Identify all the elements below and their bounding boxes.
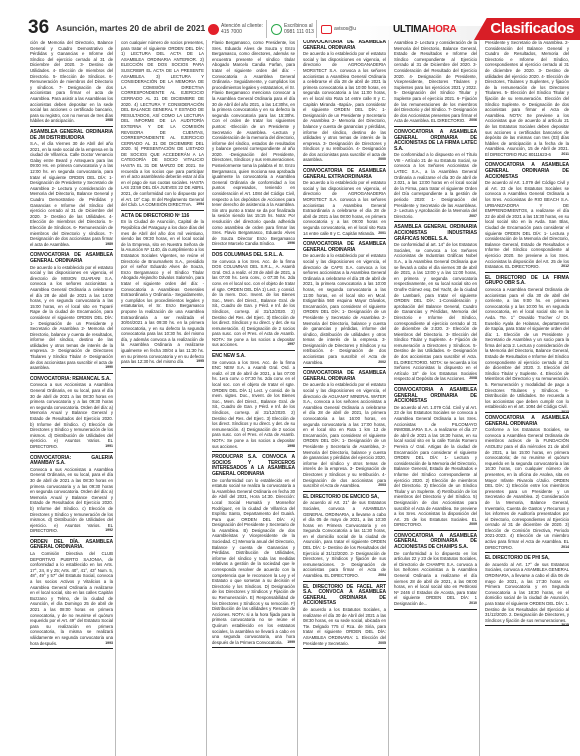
ad-title: CONVOCATORIA: GALERIA AMAMBAY S.A. bbox=[30, 456, 113, 467]
ad-title: PRODUCPAR S.A. CONVOCA A SOCIOS Y TERCER… bbox=[212, 455, 295, 477]
ad-id: 1997 bbox=[287, 342, 295, 348]
contact-value: 0981 111 013 bbox=[284, 29, 314, 35]
ad-body: La Comisión Directiva del CLUB DEPORTIVO… bbox=[30, 551, 113, 646]
ad-id: 1993 bbox=[105, 641, 113, 647]
ad-body: De acuerdo a lo establecido por el estat… bbox=[303, 180, 386, 235]
classified-ad: PRODUCPAR S.A. CONVOCA A SOCIOS Y TERCER… bbox=[212, 455, 295, 648]
ad-title: CONVOCATORIA DE ASAMBLEA GENERAL EXTRAOR… bbox=[303, 169, 386, 180]
ad-body: S.A., el día Viernes 30 de Abril del año… bbox=[30, 141, 113, 247]
ad-id: 2001 bbox=[378, 231, 386, 237]
classified-ad: CONVOCATORIA A ASAMBLEA GENERAL ORDINARI… bbox=[485, 416, 569, 553]
classified-ad: ORDEN DEL DÍA. ASAMBLEA GENERAL ORDINARI… bbox=[30, 540, 113, 649]
ad-body: Flavio Bergamasco, como Presidente, los … bbox=[212, 40, 295, 246]
phone-icon bbox=[208, 24, 219, 35]
logo-part-b: HORA bbox=[428, 24, 456, 35]
ad-body: Presidente y Secretario de la Asamblea. … bbox=[485, 40, 569, 157]
ad-id: 1994 bbox=[196, 202, 204, 208]
ad-body: de acuerdo al Art. 17° de sus Estatutos … bbox=[485, 562, 569, 623]
column-6: Presidente y Secretario de la Asamblea. … bbox=[485, 40, 571, 756]
classified-ad: Asamblea 2- Lectura y consideración de l… bbox=[394, 40, 477, 127]
ad-id: 2012 bbox=[561, 264, 569, 270]
whatsapp-contact: Escríbinos al0981 111 013 bbox=[266, 20, 314, 38]
ad-id: 2004 bbox=[378, 573, 386, 579]
ad-body: De acuerdo a lo establecido por el estat… bbox=[303, 382, 386, 488]
ad-id: 2015 bbox=[561, 623, 569, 629]
ad-body: Asamblea 2- Lectura y consideración de l… bbox=[394, 40, 477, 123]
classifieds-columns: ción de Memoria del Directorio, Balance … bbox=[30, 40, 580, 756]
ad-title: CONVOCATORIA A ASAMBLEA GENERAL ORDINARI… bbox=[394, 130, 477, 152]
ad-id: 2010 bbox=[469, 601, 477, 607]
logo-part-a: ULTIMA bbox=[393, 24, 428, 35]
classified-ad: CONVOCATORIA DE ASAMBLEA GENERAL ORDINAR… bbox=[30, 253, 113, 373]
ad-id: 1990 bbox=[105, 365, 113, 371]
ad-id: 2002 bbox=[378, 360, 386, 366]
ad-body: De acuerdo al Art. 1.079 Cód. Civil y al… bbox=[394, 405, 477, 527]
classified-ad: Flavio Bergamasco, como Presidente, los … bbox=[212, 40, 295, 250]
customer-service-contact: Atención al cliente:415 7000 bbox=[208, 20, 263, 38]
classified-ad: CONVOCATORIA A ASAMBLEA GENERAL ORDINARI… bbox=[394, 130, 477, 223]
ad-title: CONVOCATORIA DE ASAMBLEA GENERAL ORDINAR… bbox=[303, 371, 386, 382]
email-icon bbox=[321, 25, 332, 34]
column-3: Flavio Bergamasco, como Presidente, los … bbox=[212, 40, 298, 756]
ad-title: CONVOCATORIA A ASAMBLEA GENERAL ORDINARI… bbox=[394, 388, 477, 405]
ad-body: De conformidad a lo dispuesto en los art… bbox=[394, 551, 477, 606]
ad-body: De acuerdo al Art. 1.079 del Código Civi… bbox=[485, 180, 569, 269]
classified-ad: CONVOCATORIA: GALERIA AMAMBAY S.A.Convoc… bbox=[30, 456, 113, 537]
classified-ad: El Directorio de Facel Art S.A. convoca … bbox=[303, 585, 386, 650]
ad-body: de acuerdo al Art. 21° de sus Estatutos … bbox=[303, 500, 386, 578]
ad-title: CONVOCATORIA A ASAMBLEA GENERAL ORDINARI… bbox=[485, 416, 569, 427]
ad-id: 2007 bbox=[469, 214, 477, 220]
classified-ad: ENC NEW S.A.Se convoca a los Sres. Acc. … bbox=[212, 354, 295, 452]
ad-id: 2014 bbox=[561, 545, 569, 551]
page-number: 36 bbox=[28, 17, 49, 39]
classified-ad: CONVOCATORIA DE ASAMBLEA GENERAL ORDINAR… bbox=[303, 242, 386, 368]
ad-body: Se convoca a los Sres. Acc. de la firma … bbox=[212, 360, 295, 449]
classified-ad: CONVOCATORIA DE ASAMBLEA GENERAL ORDINAR… bbox=[303, 40, 386, 166]
classified-ad: ACTA DE DIRECTORIO Nº 116En la Ciudad de… bbox=[121, 214, 204, 368]
column-5: Asamblea 2- Lectura y consideración de l… bbox=[394, 40, 480, 756]
ad-title: CONVOCATORIA DE ASAMBLEA GENERAL ORDINAR… bbox=[30, 253, 113, 264]
classified-ad: con cualquier número de socios presentes… bbox=[121, 40, 204, 211]
classified-ad: ASAMBLEA GENERAL ORDINARIA de JM DISTRIB… bbox=[30, 130, 113, 250]
ad-id: 1996 bbox=[287, 241, 295, 247]
ad-body: con cualquier número de socios presentes… bbox=[121, 40, 204, 207]
ad-id: 2009 bbox=[469, 522, 477, 528]
column-2: con cualquier número de socios presentes… bbox=[121, 40, 207, 756]
classified-ad: Presidente y Secretario de la Asamblea. … bbox=[485, 40, 569, 160]
ad-body: De conformidad con lo establecido en el … bbox=[212, 478, 295, 645]
classified-ad: CONVOCATORIA A ASAMBLEA GENERAL ORDINARI… bbox=[485, 163, 569, 272]
ad-id: 1991 bbox=[105, 444, 113, 450]
ad-body: convoca a Asamblea General Ordinaria de … bbox=[485, 287, 569, 409]
ad-body: Convoca a sus Accionistas a Asamblea Gen… bbox=[30, 382, 113, 449]
section-title: Clasificados bbox=[490, 20, 574, 37]
ad-title: El Directorio de la firma GRUPO OBR S.A. bbox=[485, 276, 569, 287]
ad-title: CONVOCATORIA DE ASAMBLEA GENERAL ORDINAR… bbox=[303, 242, 386, 253]
ad-id: 2006 bbox=[469, 118, 477, 124]
ad-body: De acuerdo a lo establecido por el estat… bbox=[30, 265, 113, 371]
classified-ad: DOS COLUMNAS del S.R.L. A.Se convoca a l… bbox=[212, 253, 295, 351]
classified-ad: CONVOCATORIA A ASAMBLEA GENERAL ORDINARI… bbox=[394, 388, 477, 531]
ad-id: 2005 bbox=[378, 641, 386, 647]
ad-id: 1992 bbox=[105, 528, 113, 534]
ad-id: 2000 bbox=[378, 157, 386, 163]
newspaper-logo: ULTIMAHORA bbox=[393, 24, 456, 35]
ad-body: Conforme a los Estatutos Sociales, se co… bbox=[485, 427, 569, 549]
classified-ad: ción de Memoria del Directorio, Balance … bbox=[30, 40, 113, 127]
ad-title: El Directorio de Facel Art S.A. convoca … bbox=[303, 585, 386, 607]
classified-ad: El Directorio de EMCICO SA,de acuerdo al… bbox=[303, 495, 386, 582]
ad-id: 2008 bbox=[469, 376, 477, 382]
classified-ad: CONVOCATORIA DE ASAMBLEA GENERAL ORDINAR… bbox=[303, 371, 386, 491]
classified-ad: El Directorio de PHI SA,de acuerdo al Ar… bbox=[485, 556, 569, 626]
ad-body: En la Ciudad de Asunción, Capital de la … bbox=[121, 219, 204, 364]
classified-ad: CONVOCATORIA A ASAMBLEA GENERAL ORDINARI… bbox=[394, 534, 477, 610]
ad-body: De conformidad a lo dispuesto en el Títu… bbox=[394, 152, 477, 219]
ad-id: 2003 bbox=[378, 483, 386, 489]
ad-id: 1998 bbox=[287, 444, 295, 450]
contact-value: 415 7000 bbox=[221, 29, 242, 35]
ad-body: Convoca a sus Accionistas a Asamblea Gen… bbox=[30, 467, 113, 534]
ad-id: 1989 bbox=[105, 242, 113, 248]
whatsapp-icon bbox=[271, 24, 282, 35]
ad-id: 1988 bbox=[105, 118, 113, 124]
ad-body: De conformidad al art. 14° de los Estatu… bbox=[394, 242, 477, 381]
column-1: ción de Memoria del Directorio, Balance … bbox=[30, 40, 116, 756]
ad-body: Se convoca a los Sres. Acc. de la firma … bbox=[212, 259, 295, 348]
ad-id: 1995 bbox=[196, 359, 204, 365]
ad-title: ASAMBLEA GENERAL ORDINARIA de JM DISTRIB… bbox=[30, 130, 113, 141]
ad-title: CONVOCATORIA A ASAMBLEA GENERAL ORDINARI… bbox=[394, 534, 477, 551]
page-header: 36 Asunción, martes 20 de abril de 2021 … bbox=[0, 0, 580, 40]
classified-ad: CONVOCATORIA: REMANCAL S.A.Convoca a sus… bbox=[30, 377, 113, 453]
ad-id: 2011 bbox=[561, 152, 569, 158]
ad-title: ASAMBLEA GENERAL ORDINARIA ACCIONISTAS I… bbox=[394, 225, 477, 242]
ad-body: ción de Memoria del Directorio, Balance … bbox=[30, 40, 113, 123]
ad-body: De acuerdo a lo establecido por el estat… bbox=[303, 253, 386, 364]
classified-ad: CONVOCATORIA DE ASAMBLEA GENERAL EXTRAOR… bbox=[303, 169, 386, 239]
column-4: CONVOCATORIA DE ASAMBLEA GENERAL ORDINAR… bbox=[303, 40, 389, 756]
ad-title: ORDEN DEL DÍA. ASAMBLEA GENERAL ORDINARI… bbox=[30, 540, 113, 551]
classified-ad: El Directorio de la firma GRUPO OBR S.A.… bbox=[485, 276, 569, 413]
issue-date: Asunción, martes 20 de abril de 2021 bbox=[56, 23, 205, 33]
classified-ad: ASAMBLEA GENERAL ORDINARIA ACCIONISTAS I… bbox=[394, 225, 477, 385]
ad-body: De acuerdo a lo establecido por el estat… bbox=[303, 51, 386, 162]
ad-title: CONVOCATORIA DE ASAMBLEA GENERAL ORDINAR… bbox=[303, 40, 386, 51]
section-tab: Clasificados bbox=[474, 18, 580, 40]
ad-title: CONVOCATORIA A ASAMBLEA GENERAL ORDINARI… bbox=[485, 163, 569, 180]
ad-id: 1999 bbox=[287, 640, 295, 646]
ad-body: de acuerdo a los Estatutos Sociales, a r… bbox=[303, 607, 386, 646]
